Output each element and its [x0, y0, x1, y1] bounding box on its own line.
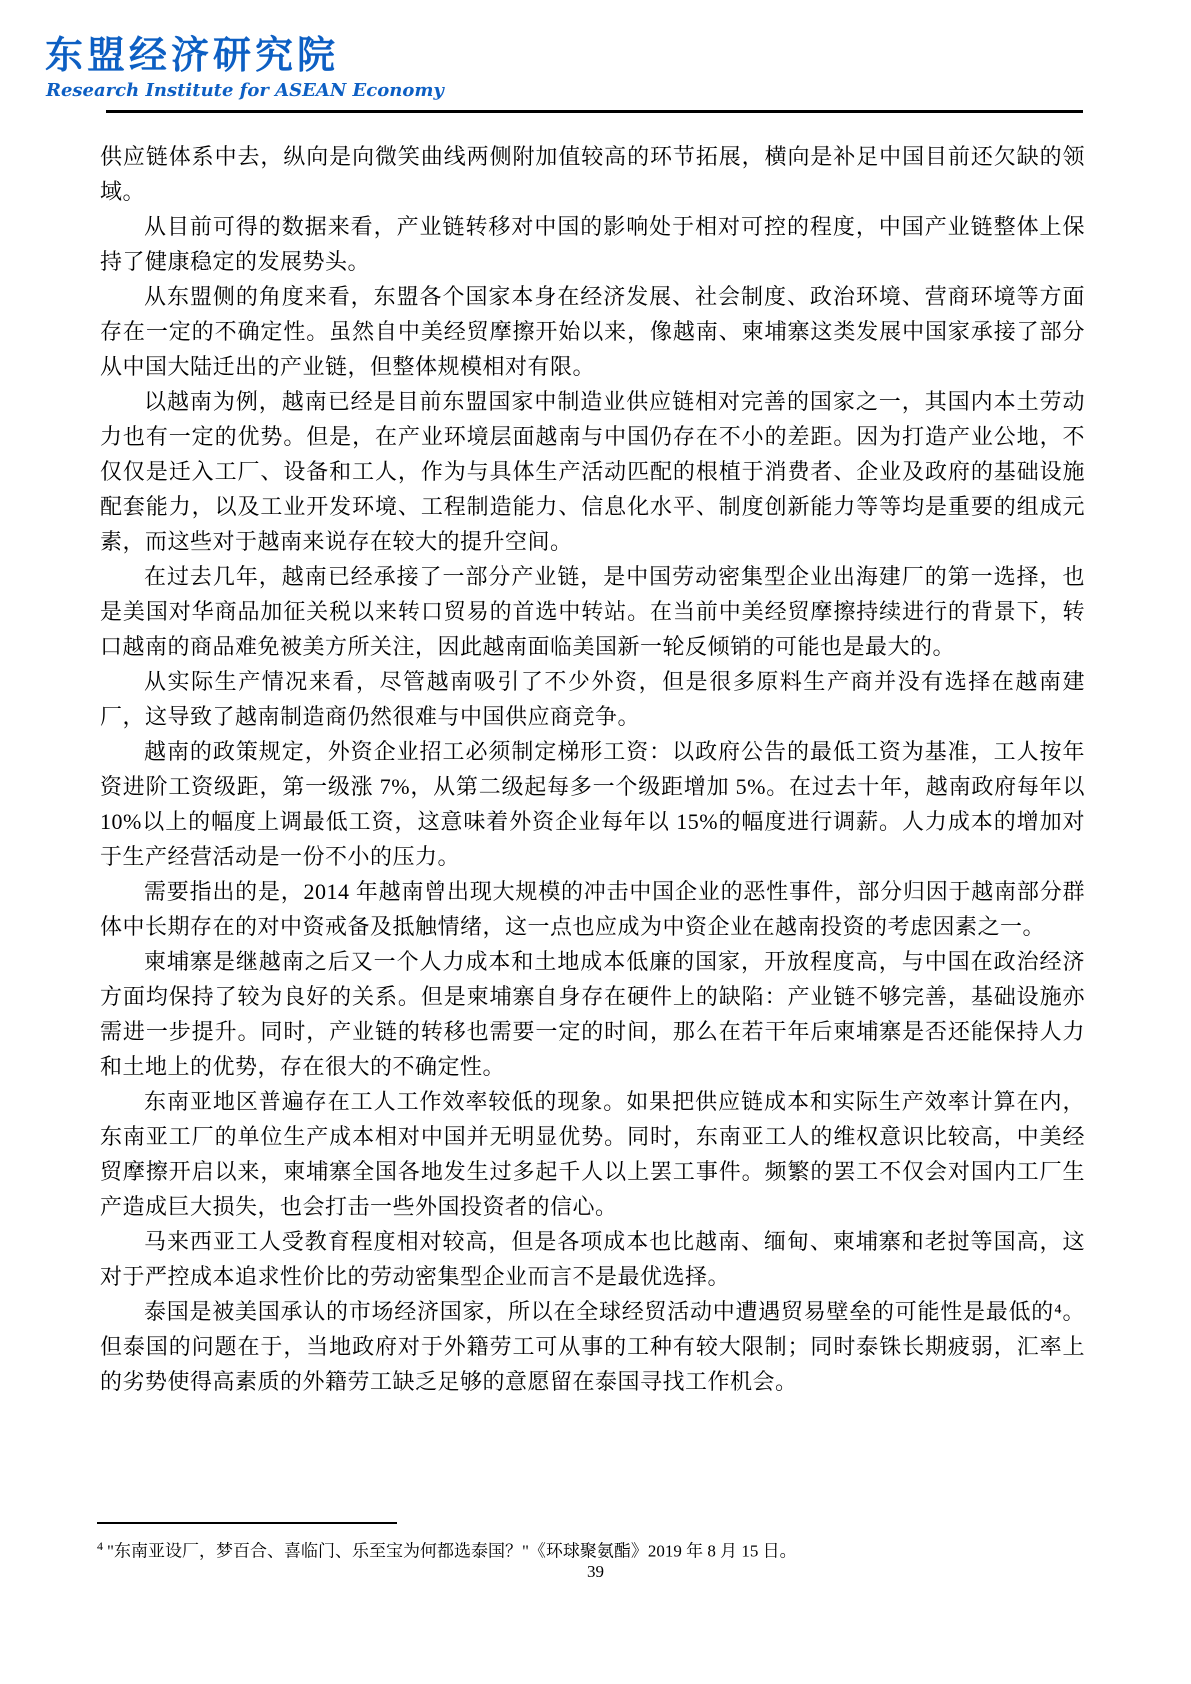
paragraph: 以越南为例，越南已经是目前东盟国家中制造业供应链相对完善的国家之一，其国内本土劳… [100, 384, 1085, 559]
paragraph: 从东盟侧的角度来看，东盟各个国家本身在经济发展、社会制度、政治环境、营商环境等方… [100, 279, 1085, 384]
document-page: 东盟经济研究院 Research Institute for ASEAN Eco… [0, 0, 1191, 1684]
paragraph: 从目前可得的数据来看，产业链转移对中国的影响处于相对可控的程度，中国产业链整体上… [100, 209, 1085, 279]
paragraph: 供应链体系中去，纵向是向微笑曲线两侧附加值较高的环节拓展，横向是补足中国目前还欠… [100, 139, 1085, 209]
paragraph: 需要指出的是，2014 年越南曾出现大规模的冲击中国企业的恶性事件，部分归因于越… [100, 874, 1085, 944]
org-logo-chinese: 东盟经济研究院 [45, 24, 339, 79]
org-logo-english: Research Institute for ASEAN Economy [46, 80, 444, 101]
footnote-marker: 4 [97, 1539, 103, 1553]
page-number: 39 [0, 1562, 1191, 1582]
paragraph: 从实际生产情况来看，尽管越南吸引了不少外资，但是很多原料生产商并没有选择在越南建… [100, 664, 1085, 734]
paragraph: 马来西亚工人受教育程度相对较高，但是各项成本也比越南、缅甸、柬埔寨和老挝等国高，… [100, 1224, 1085, 1294]
paragraph: 越南的政策规定，外资企业招工必须制定梯形工资：以政府公告的最低工资为基准，工人按… [100, 734, 1085, 874]
footnote-text: "东南亚设厂，梦百合、喜临门、乐至宝为何都选泰国？"《环球聚氨酯》2019 年 … [107, 1542, 797, 1561]
paragraph: 在过去几年，越南已经承接了一部分产业链，是中国劳动密集型企业出海建厂的第一选择，… [100, 559, 1085, 664]
header-rule [106, 110, 1083, 113]
paragraph: 柬埔寨是继越南之后又一个人力成本和土地成本低廉的国家，开放程度高，与中国在政治经… [100, 944, 1085, 1084]
paragraph: 东南亚地区普遍存在工人工作效率较低的现象。如果把供应链成本和实际生产效率计算在内… [100, 1084, 1085, 1224]
body-text: 供应链体系中去，纵向是向微笑曲线两侧附加值较高的环节拓展，横向是补足中国目前还欠… [100, 139, 1085, 1399]
paragraph: 泰国是被美国承认的市场经济国家，所以在全球经贸活动中遭遇贸易壁垒的可能性是最低的… [100, 1294, 1085, 1399]
footnote: 4"东南亚设厂，梦百合、喜临门、乐至宝为何都选泰国？"《环球聚氨酯》2019 年… [97, 1534, 1017, 1564]
footnote-separator [97, 1522, 397, 1524]
